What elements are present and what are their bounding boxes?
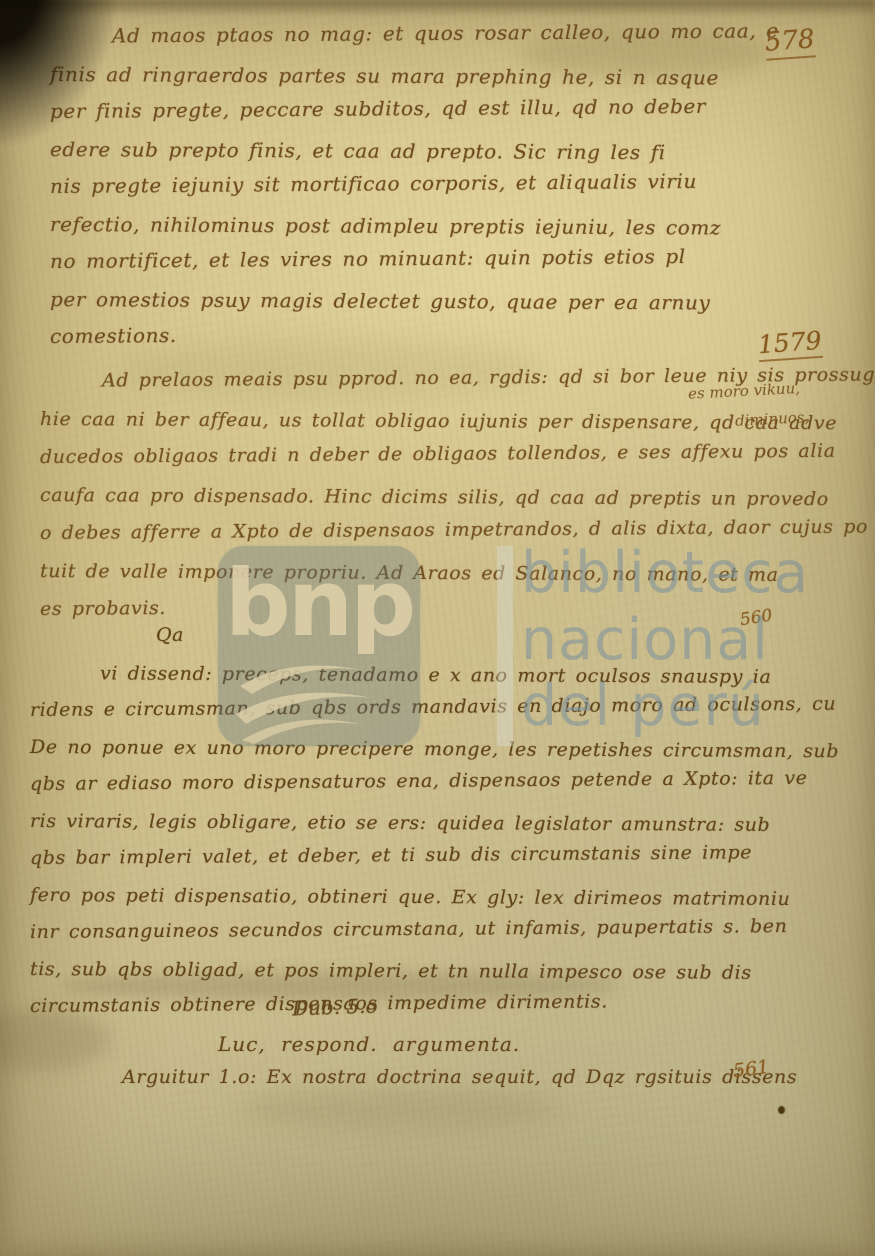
- paragraph-1: Ad maos ptaos no mag: et quos rosar call…: [50, 18, 779, 356]
- closing-subheading: Luc, respond. argumenta.: [218, 1032, 520, 1056]
- page-number-text: 1579: [757, 326, 823, 362]
- handwriting-line: nis pregte iejuniy sit mortificao corpor…: [50, 162, 779, 205]
- page-number-mid: 1579: [758, 328, 822, 360]
- stain: [240, 1088, 560, 1130]
- handwriting-line: no mortificet, et les vires no minuant: …: [50, 237, 779, 280]
- page-number-top: 578: [765, 26, 815, 59]
- handwriting-line: o debes afferre a Xpto de dispensaos imp…: [40, 507, 875, 552]
- handwriting-line: inr consanguineos secundos circumstana, …: [30, 908, 839, 951]
- page-number-text: 578: [764, 24, 816, 60]
- handwriting-line: per finis pregte, peccare subditos, qd e…: [50, 87, 779, 130]
- handwriting-line: qbs ar ediaso moro dispensaturos ena, di…: [30, 760, 839, 803]
- paragraph-2: Ad prelaos meais psu pprod. no ea, rgdis…: [40, 362, 875, 628]
- closing-line: Arguitur 1.o: Ex nostra doctrina sequit,…: [122, 1066, 797, 1088]
- handwriting-line: qbs bar impleri valet, et deber, et ti s…: [30, 834, 839, 877]
- page-number-bottom: 561: [732, 1056, 771, 1082]
- manuscript-page: Ad maos ptaos no mag: et quos rosar call…: [0, 0, 875, 1256]
- handwriting-line: circumstanis obtinere dispensaos impedim…: [30, 982, 839, 1025]
- paragraph-3: Qa vi dissend: preceps, tenadamo e x ano…: [30, 618, 839, 1025]
- handwriting-line: ridens e circumsman, sub qbs ords mandav…: [30, 686, 839, 729]
- closing-heading: Dub. 5.o: [292, 994, 378, 1021]
- handwriting-line: Qa: [30, 612, 839, 655]
- handwriting-line: comestions.: [50, 312, 779, 355]
- ink-blot: [778, 1106, 785, 1114]
- handwriting-line: Ad maos ptaos no mag: et quos rosar call…: [50, 12, 779, 55]
- handwriting-line: ducedos obligaos tradi n deber de obliga…: [40, 431, 875, 476]
